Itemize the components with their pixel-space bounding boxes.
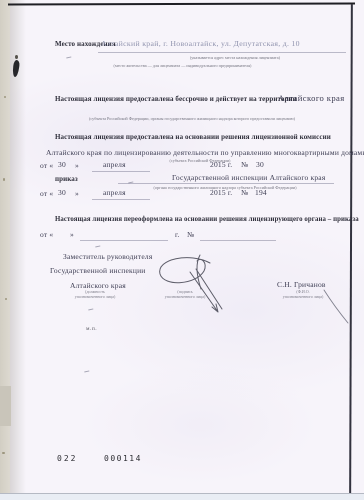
location-caption2: (место жительства — для лицензиата — инд…	[90, 63, 275, 68]
reissue-underline-2	[200, 240, 276, 241]
scan-speck	[3, 178, 5, 181]
reissue-close: »	[70, 231, 74, 239]
order-date-from: от «	[40, 190, 53, 198]
order-date-year: 2015 г.	[210, 189, 232, 197]
reissue-statement: Настоящая лицензия переоформлена на осно…	[55, 217, 359, 224]
territory-statement: Настоящая лицензия предоставлена бессроч…	[55, 96, 297, 103]
commission-statement: Настоящая лицензия предоставлена на осно…	[55, 134, 331, 141]
decision-date-year: 2015 г.	[210, 161, 232, 169]
form-number: 000114	[104, 455, 142, 463]
decision-date-month: апреля	[103, 161, 126, 169]
order-month-underline	[92, 199, 150, 200]
reissue-year-label: г.	[175, 231, 180, 239]
decision-no-sign: №	[241, 161, 248, 169]
order-date-close: »	[75, 190, 79, 198]
territory-caption: (субъекта Российской Федерации, органы г…	[62, 116, 322, 121]
caption-name-line1: (Ф.И.О.	[296, 289, 309, 294]
decision-number: 30	[256, 161, 264, 169]
decision-date-from: от «	[40, 162, 53, 170]
caption-position-line1: (должность	[85, 289, 105, 294]
caption-position-line2: уполномоченного лица)	[75, 294, 116, 299]
territory-value: Алтайского края	[278, 94, 345, 103]
scan-gray-patch	[0, 386, 11, 426]
stamp-place-label: м.п.	[86, 327, 97, 333]
decision-date-close: »	[75, 162, 79, 170]
pen-stroke-icon	[318, 288, 352, 326]
location-value: Алтайский край, г. Новоалтайск, ул. Депу…	[101, 40, 300, 48]
decision-month-underline	[92, 171, 150, 172]
signature-scribble-icon	[138, 250, 248, 325]
location-caption: (указывается адрес места нахождения лице…	[165, 55, 305, 60]
order-date-day: 30	[58, 189, 66, 197]
scan-mark	[66, 54, 72, 59]
order-label: приказ	[55, 176, 78, 183]
scan-mark	[95, 243, 101, 248]
scanned-license-page: Место нахождения Алтайский край, г. Ново…	[0, 0, 364, 500]
reissue-from: от «	[40, 231, 53, 239]
scan-mark	[88, 306, 94, 311]
form-series: 022	[57, 455, 77, 463]
scan-speck	[4, 96, 6, 98]
location-underline	[98, 52, 346, 53]
scan-mark	[84, 368, 90, 373]
reissue-underline-1	[80, 240, 168, 241]
reissue-no-sign: №	[187, 231, 194, 239]
scan-speck	[5, 298, 7, 300]
scan-speck	[2, 452, 5, 454]
order-number: 194	[255, 189, 267, 197]
caption-position: (должность уполномоченного лица)	[55, 289, 135, 300]
order-body: Государственной инспекции Алтайского кра…	[172, 174, 325, 182]
order-no-sign: №	[241, 189, 248, 197]
scan-top-border	[8, 3, 355, 6]
scan-bottom-edge	[0, 493, 364, 500]
scan-ink-dot	[15, 55, 18, 59]
commission-caption: (субъекта Российской Федерации)	[150, 158, 250, 163]
decision-date-day: 30	[58, 161, 66, 169]
order-date-month: апреля	[103, 189, 126, 197]
commission-body: Алтайского края по лицензированию деятел…	[46, 149, 364, 157]
signer-position-line2: Государственной инспекции	[50, 267, 146, 275]
scan-right-border	[349, 4, 353, 493]
